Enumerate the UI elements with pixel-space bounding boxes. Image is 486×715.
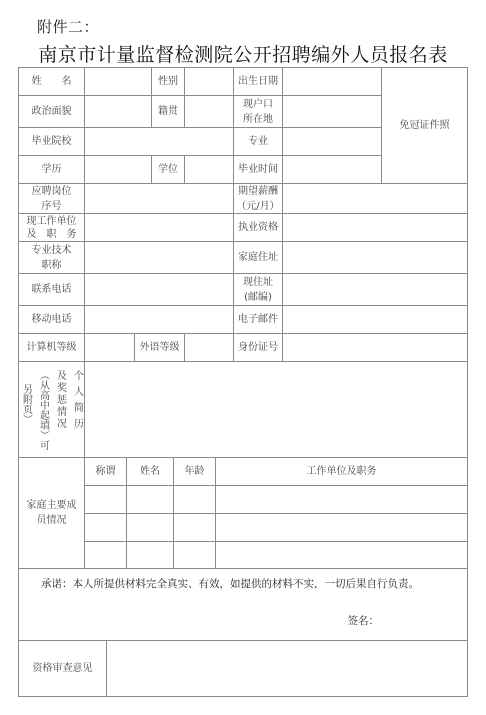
major-input[interactable]	[282, 127, 382, 156]
attachment-label: 附件二：	[37, 16, 99, 37]
family-row-2-age[interactable]	[173, 513, 216, 542]
native-place-input[interactable]	[184, 95, 234, 128]
graduate-school-input[interactable]	[84, 127, 234, 156]
family-row-2-name[interactable]	[126, 513, 174, 542]
label-current-employer: 现工作单位 及 职 务	[18, 213, 85, 242]
label-line: 及奖惩情况	[54, 370, 67, 430]
label-gender: 性别	[151, 67, 185, 96]
family-header-name: 姓名	[126, 457, 174, 486]
resume-input[interactable]	[84, 361, 468, 458]
label-education: 学历	[18, 155, 85, 184]
label-major: 专业	[233, 127, 283, 156]
label-line: 个人简历	[71, 370, 84, 434]
computer-level-input[interactable]	[84, 333, 135, 362]
political-status-input[interactable]	[84, 95, 152, 128]
label-degree: 学位	[151, 155, 185, 184]
label-line: (邮编)	[244, 290, 272, 305]
family-row-3-age[interactable]	[173, 541, 216, 569]
family-row-3-relation[interactable]	[84, 541, 127, 569]
education-input[interactable]	[84, 155, 152, 184]
family-row-3-name[interactable]	[126, 541, 174, 569]
label-graduation-time: 毕业时间	[233, 155, 283, 184]
label-foreign-language-level: 外语等级	[134, 333, 185, 362]
expected-salary-input[interactable]	[282, 183, 468, 214]
label-line: 及 职 务	[27, 228, 77, 241]
label-line: （元/月）	[236, 199, 279, 214]
family-row-2-relation[interactable]	[84, 513, 127, 542]
signature-label: 签名：	[348, 614, 380, 629]
family-row-1-employer[interactable]	[215, 485, 468, 514]
qualification-review-input[interactable]	[106, 640, 468, 697]
label-email: 电子邮件	[233, 305, 283, 334]
name-input[interactable]	[84, 67, 152, 96]
label-resume: 个人简历 及奖惩情况 （从高中起填）可 另附页）	[18, 361, 85, 458]
current-address-input[interactable]	[282, 273, 468, 306]
family-row-1-name[interactable]	[126, 485, 174, 514]
pledge-text: 承诺：本人所提供材料完全真实、有效，如提供的材料不实，一切后果自行负责。	[41, 577, 419, 592]
professional-title-input[interactable]	[84, 241, 234, 274]
gender-input[interactable]	[184, 67, 234, 96]
label-expected-salary: 期望薪酬 （元/月）	[233, 183, 283, 214]
label-professional-title: 专业技术 职称	[18, 241, 85, 274]
page-title: 南京市计量监督检测院公开招聘编外人员报名表	[0, 40, 486, 67]
qualification-input[interactable]	[282, 213, 468, 242]
label-line: 应聘岗位	[32, 184, 72, 199]
degree-input[interactable]	[184, 155, 234, 184]
label-household-registration: 现户口 所在地	[233, 95, 283, 128]
label-line: 序号	[42, 199, 62, 214]
mobile-phone-input[interactable]	[84, 305, 234, 334]
family-header-employer: 工作单位及职务	[215, 457, 468, 486]
label-line: 员情况	[37, 513, 67, 528]
label-computer-level: 计算机等级	[18, 333, 85, 362]
label-birth-date: 出生日期	[233, 67, 283, 96]
label-line: 职称	[42, 258, 62, 273]
label-qualification-review: 资格审查意见	[18, 640, 107, 697]
label-home-address: 家庭住址	[233, 241, 283, 274]
label-current-address: 现住址 (邮编)	[233, 273, 283, 306]
label-line: 专业技术	[32, 243, 72, 258]
label-line: 期望薪酬	[238, 184, 278, 199]
position-no-input[interactable]	[84, 183, 234, 214]
email-input[interactable]	[282, 305, 468, 334]
household-registration-input[interactable]	[282, 95, 382, 128]
label-native-place: 籍贯	[151, 95, 185, 128]
current-employer-input[interactable]	[84, 213, 234, 242]
family-header-age: 年龄	[173, 457, 216, 486]
label-contact-phone: 联系电话	[18, 273, 85, 306]
label-position-no: 应聘岗位 序号	[18, 183, 85, 214]
family-row-1-relation[interactable]	[84, 485, 127, 514]
family-header-relation: 称谓	[84, 457, 127, 486]
id-number-input[interactable]	[282, 333, 468, 362]
label-mobile-phone: 移动电话	[18, 305, 85, 334]
contact-phone-input[interactable]	[84, 273, 234, 306]
label-line: 现户口	[243, 97, 273, 112]
label-line: 现住址	[243, 275, 273, 290]
label-graduate-school: 毕业院校	[18, 127, 85, 156]
birth-date-input[interactable]	[282, 67, 382, 96]
label-name: 姓 名	[18, 67, 85, 96]
label-political-status: 政治面貌	[18, 95, 85, 128]
label-id-number: 身份证号	[233, 333, 283, 362]
graduation-time-input[interactable]	[282, 155, 382, 184]
pledge-section: 承诺：本人所提供材料完全真实、有效，如提供的材料不实，一切后果自行负责。 签名：	[18, 568, 468, 641]
foreign-language-level-input[interactable]	[184, 333, 234, 362]
label-qualification: 执业资格	[233, 213, 283, 242]
label-line: 家庭主要成	[27, 498, 77, 513]
family-row-1-age[interactable]	[173, 485, 216, 514]
resume-label-columns: 个人简历 及奖惩情况 （从高中起填）可 另附页）	[20, 362, 84, 457]
photo-area[interactable]: 免冠证件照	[381, 67, 468, 184]
registration-form: 姓 名 性别 出生日期 免冠证件照 政治面貌 籍贯 现户口 所在地 毕业院校 专…	[18, 67, 468, 697]
home-address-input[interactable]	[282, 241, 468, 274]
label-family-members: 家庭主要成 员情况	[18, 457, 85, 569]
label-line: （从高中起填）可	[37, 370, 50, 450]
label-line: 所在地	[243, 112, 273, 127]
label-line: 现工作单位	[27, 215, 77, 228]
family-row-3-employer[interactable]	[215, 541, 468, 569]
label-line: 另附页）	[20, 370, 33, 424]
family-row-2-employer[interactable]	[215, 513, 468, 542]
